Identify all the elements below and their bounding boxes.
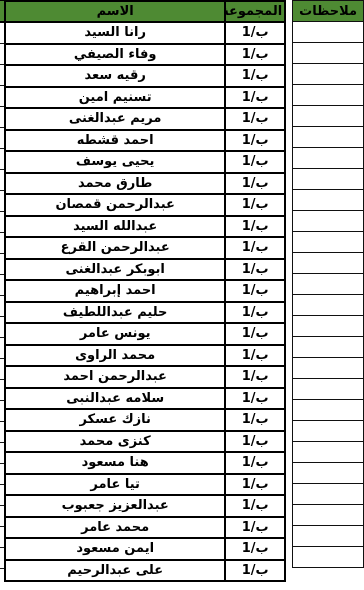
notes-row (293, 127, 364, 148)
notes-cell (293, 106, 364, 127)
notes-row (293, 232, 364, 253)
notes-cell (293, 442, 364, 463)
name-cell: يونس عامر (5, 323, 225, 345)
group-cell: ب/1 (225, 345, 285, 367)
group-cell: ب/1 (225, 323, 285, 345)
name-cell: طارق محمد (5, 173, 225, 195)
name-cell: كنزى محمد (5, 431, 225, 453)
group-cell: ب/1 (225, 452, 285, 474)
group-cell: ب/1 (225, 388, 285, 410)
notes-row (293, 211, 364, 232)
name-cell: تيا عامر (5, 474, 225, 496)
table-row: ب/1عبدالرحمن القرع (5, 237, 285, 259)
group-cell: ب/1 (225, 302, 285, 324)
notes-cell (293, 400, 364, 421)
group-cell: ب/1 (225, 87, 285, 109)
notes-cell (293, 547, 364, 568)
group-cell: ب/1 (225, 280, 285, 302)
notes-row (293, 505, 364, 526)
name-cell: رقيه سعد (5, 65, 225, 87)
name-cell: ايمن مسعود (5, 538, 225, 560)
name-cell: احمد إبراهيم (5, 280, 225, 302)
group-cell: ب/1 (225, 216, 285, 238)
notes-cell (293, 22, 364, 43)
name-cell: تسنيم امين (5, 87, 225, 109)
name-cell: ابوبكر عبدالغنى (5, 259, 225, 281)
group-cell: ب/1 (225, 495, 285, 517)
main-table-body: ب/1رانا السيدب/1وفاء الصيفيب/1رقيه سعدب/… (5, 22, 285, 581)
name-cell: سلامه عبدالنبى (5, 388, 225, 410)
table-row: ب/1يحيى يوسف (5, 151, 285, 173)
table-row: ب/1احمد قشطه (5, 130, 285, 152)
table-row: ب/1سلامه عبدالنبى (5, 388, 285, 410)
notes-cell (293, 148, 364, 169)
notes-cell (293, 253, 364, 274)
group-cell: ب/1 (225, 44, 285, 66)
name-cell: نازك عسكر (5, 409, 225, 431)
notes-row (293, 85, 364, 106)
notes-row (293, 400, 364, 421)
name-cell: عبدالرحمن القرع (5, 237, 225, 259)
notes-header-row: ملاحظات (293, 1, 364, 22)
table-row: ب/1ابوبكر عبدالغنى (5, 259, 285, 281)
group-cell: ب/1 (225, 108, 285, 130)
notes-row (293, 169, 364, 190)
name-cell: حليم عبداللطيف (5, 302, 225, 324)
table-row: ب/1تيا عامر (5, 474, 285, 496)
table-row: ب/1يونس عامر (5, 323, 285, 345)
table-row: ب/1محمد عامر (5, 517, 285, 539)
group-cell: ب/1 (225, 151, 285, 173)
notes-row (293, 358, 364, 379)
notes-row (293, 484, 364, 505)
group-cell: ب/1 (225, 237, 285, 259)
notes-cell (293, 463, 364, 484)
name-cell: عبدالرحمن احمد (5, 366, 225, 388)
table-row: ب/1وفاء الصيفي (5, 44, 285, 66)
table-row: ب/1محمد الراوى (5, 345, 285, 367)
header-row: المجموعة الاسم (5, 1, 285, 22)
notes-table: ملاحظات (292, 0, 364, 568)
table-row: ب/1طارق محمد (5, 173, 285, 195)
group-cell: ب/1 (225, 65, 285, 87)
group-column-header: المجموعة (225, 1, 285, 22)
name-cell: محمد الراوى (5, 345, 225, 367)
student-table: المجموعة الاسم ب/1رانا السيدب/1وفاء الصي… (4, 0, 286, 582)
table-row: ب/1على عبدالرحيم (5, 560, 285, 582)
name-cell: عبدالرحمن قمصان (5, 194, 225, 216)
notes-row (293, 421, 364, 442)
name-cell: مريم عبدالغنى (5, 108, 225, 130)
notes-row (293, 442, 364, 463)
name-cell: عبدالله السيد (5, 216, 225, 238)
notes-row (293, 379, 364, 400)
table-row: ب/1عبدالرحمن احمد (5, 366, 285, 388)
name-cell: على عبدالرحيم (5, 560, 225, 582)
notes-cell (293, 295, 364, 316)
notes-row (293, 253, 364, 274)
notes-row (293, 295, 364, 316)
notes-row (293, 337, 364, 358)
table-row: ب/1مريم عبدالغنى (5, 108, 285, 130)
group-cell: ب/1 (225, 22, 285, 44)
notes-cell (293, 232, 364, 253)
group-cell: ب/1 (225, 194, 285, 216)
name-cell: هنا مسعود (5, 452, 225, 474)
notes-row (293, 274, 364, 295)
group-cell: ب/1 (225, 560, 285, 582)
notes-row (293, 190, 364, 211)
name-cell: يحيى يوسف (5, 151, 225, 173)
table-row: ب/1عبدالله السيد (5, 216, 285, 238)
notes-cell (293, 274, 364, 295)
group-cell: ب/1 (225, 431, 285, 453)
name-column-header: الاسم (5, 1, 225, 22)
name-cell: احمد قشطه (5, 130, 225, 152)
group-cell: ب/1 (225, 409, 285, 431)
notes-cell (293, 316, 364, 337)
notes-row (293, 22, 364, 43)
notes-cell (293, 379, 364, 400)
table-row: ب/1رانا السيد (5, 22, 285, 44)
notes-row (293, 547, 364, 568)
table-row: ب/1عبدالعزيز جعبوب (5, 495, 285, 517)
notes-cell (293, 127, 364, 148)
notes-cell (293, 211, 364, 232)
notes-row (293, 526, 364, 547)
notes-row (293, 148, 364, 169)
table-row: ب/1رقيه سعد (5, 65, 285, 87)
group-cell: ب/1 (225, 366, 285, 388)
name-cell: محمد عامر (5, 517, 225, 539)
name-cell: عبدالعزيز جعبوب (5, 495, 225, 517)
table-row: ب/1ايمن مسعود (5, 538, 285, 560)
notes-cell (293, 85, 364, 106)
table-row: ب/1حليم عبداللطيف (5, 302, 285, 324)
table-row: ب/1تسنيم امين (5, 87, 285, 109)
student-roster-sheet: المجموعة الاسم ب/1رانا السيدب/1وفاء الصي… (0, 0, 364, 590)
notes-cell (293, 358, 364, 379)
notes-cell (293, 190, 364, 211)
notes-column-header: ملاحظات (293, 1, 364, 22)
name-cell: رانا السيد (5, 22, 225, 44)
notes-cell (293, 64, 364, 85)
notes-cell (293, 505, 364, 526)
roster-table-wrap: المجموعة الاسم ب/1رانا السيدب/1وفاء الصي… (0, 0, 364, 582)
notes-row (293, 106, 364, 127)
table-row: ب/1عبدالرحمن قمصان (5, 194, 285, 216)
notes-cell (293, 421, 364, 442)
group-cell: ب/1 (225, 130, 285, 152)
notes-table-body (293, 22, 364, 568)
notes-row (293, 316, 364, 337)
notes-cell (293, 169, 364, 190)
notes-cell (293, 526, 364, 547)
table-row: ب/1كنزى محمد (5, 431, 285, 453)
notes-row (293, 64, 364, 85)
notes-row (293, 43, 364, 64)
group-cell: ب/1 (225, 474, 285, 496)
table-row: ب/1احمد إبراهيم (5, 280, 285, 302)
notes-row (293, 463, 364, 484)
table-row: ب/1نازك عسكر (5, 409, 285, 431)
group-cell: ب/1 (225, 173, 285, 195)
group-cell: ب/1 (225, 517, 285, 539)
notes-cell (293, 43, 364, 64)
name-cell: وفاء الصيفي (5, 44, 225, 66)
group-cell: ب/1 (225, 259, 285, 281)
group-cell: ب/1 (225, 538, 285, 560)
notes-cell (293, 337, 364, 358)
table-row: ب/1هنا مسعود (5, 452, 285, 474)
notes-cell (293, 484, 364, 505)
